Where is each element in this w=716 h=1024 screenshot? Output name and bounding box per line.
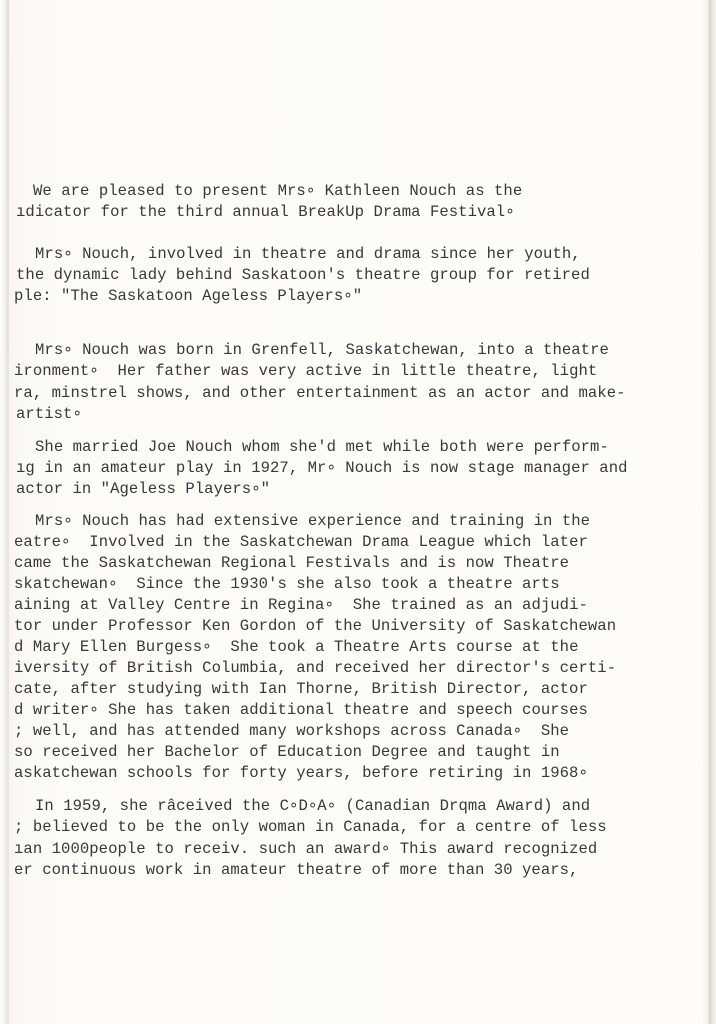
text-line: She married Joe Nouch whom she'd met whi…	[35, 440, 609, 456]
text-line: the dynamic lady behind Saskatoon's thea…	[16, 268, 590, 284]
text-line: eatre∘ Involved in the Saskatchewan Dram…	[14, 535, 588, 551]
text-line: ıg in an amateur play in 1927, Mr∘ Nouch…	[16, 461, 628, 477]
text-line: artist∘	[16, 407, 82, 423]
right-page-edge	[702, 0, 716, 1024]
text-line: We are pleased to present Mrs∘ Kathleen …	[33, 184, 522, 200]
text-line: er continuous work in amateur theatre of…	[14, 863, 578, 879]
text-line: skatchewan∘ Since the 1930's she also to…	[14, 577, 560, 593]
text-line: tor under Professor Ken Gordon of the Un…	[14, 619, 616, 635]
text-line: ; believed to be the only woman in Canad…	[14, 820, 607, 836]
text-line: ironment∘ Her father was very active in …	[14, 364, 597, 380]
text-line: d writer∘ She has taken additional theat…	[14, 703, 588, 719]
text-line: ıdicator for the third annual BreakUp Dr…	[16, 205, 515, 221]
text-line: came the Saskatchewan Regional Festivals…	[14, 556, 569, 572]
text-line: cate, after studying with Ian Thorne, Br…	[14, 682, 588, 698]
text-line: ra, minstrel shows, and other entertainm…	[14, 386, 626, 402]
text-line: ıan 1000people to receiv. such an award∘…	[14, 842, 597, 858]
text-line: askatchewan schools for forty years, bef…	[14, 766, 588, 782]
text-line: Mrs∘ Nouch was born in Grenfell, Saskatc…	[35, 343, 609, 359]
page-fold-line	[7, 0, 9, 1024]
text-line: ple: "The Saskatoon Ageless Players∘"	[14, 289, 362, 305]
text-line: Mrs∘ Nouch has had extensive experience …	[35, 514, 590, 530]
paper-page: We are pleased to present Mrs∘ Kathleen …	[0, 0, 716, 1024]
left-page-edge	[0, 0, 7, 1024]
text-line: Mrs∘ Nouch, involved in theatre and dram…	[35, 247, 581, 263]
text-line: ; well, and has attended many workshops …	[14, 724, 569, 740]
text-line: In 1959, she râceived the C∘D∘A∘ (Canadi…	[35, 799, 590, 815]
text-line: aining at Valley Centre in Regina∘ She t…	[14, 598, 588, 614]
text-line: so received her Bachelor of Education De…	[14, 745, 560, 761]
text-line: actor in "Ageless Players∘"	[16, 482, 270, 498]
text-line: d Mary Ellen Burgess∘ She took a Theatre…	[14, 640, 579, 656]
text-line: iversity of British Columbia, and receiv…	[14, 661, 616, 677]
